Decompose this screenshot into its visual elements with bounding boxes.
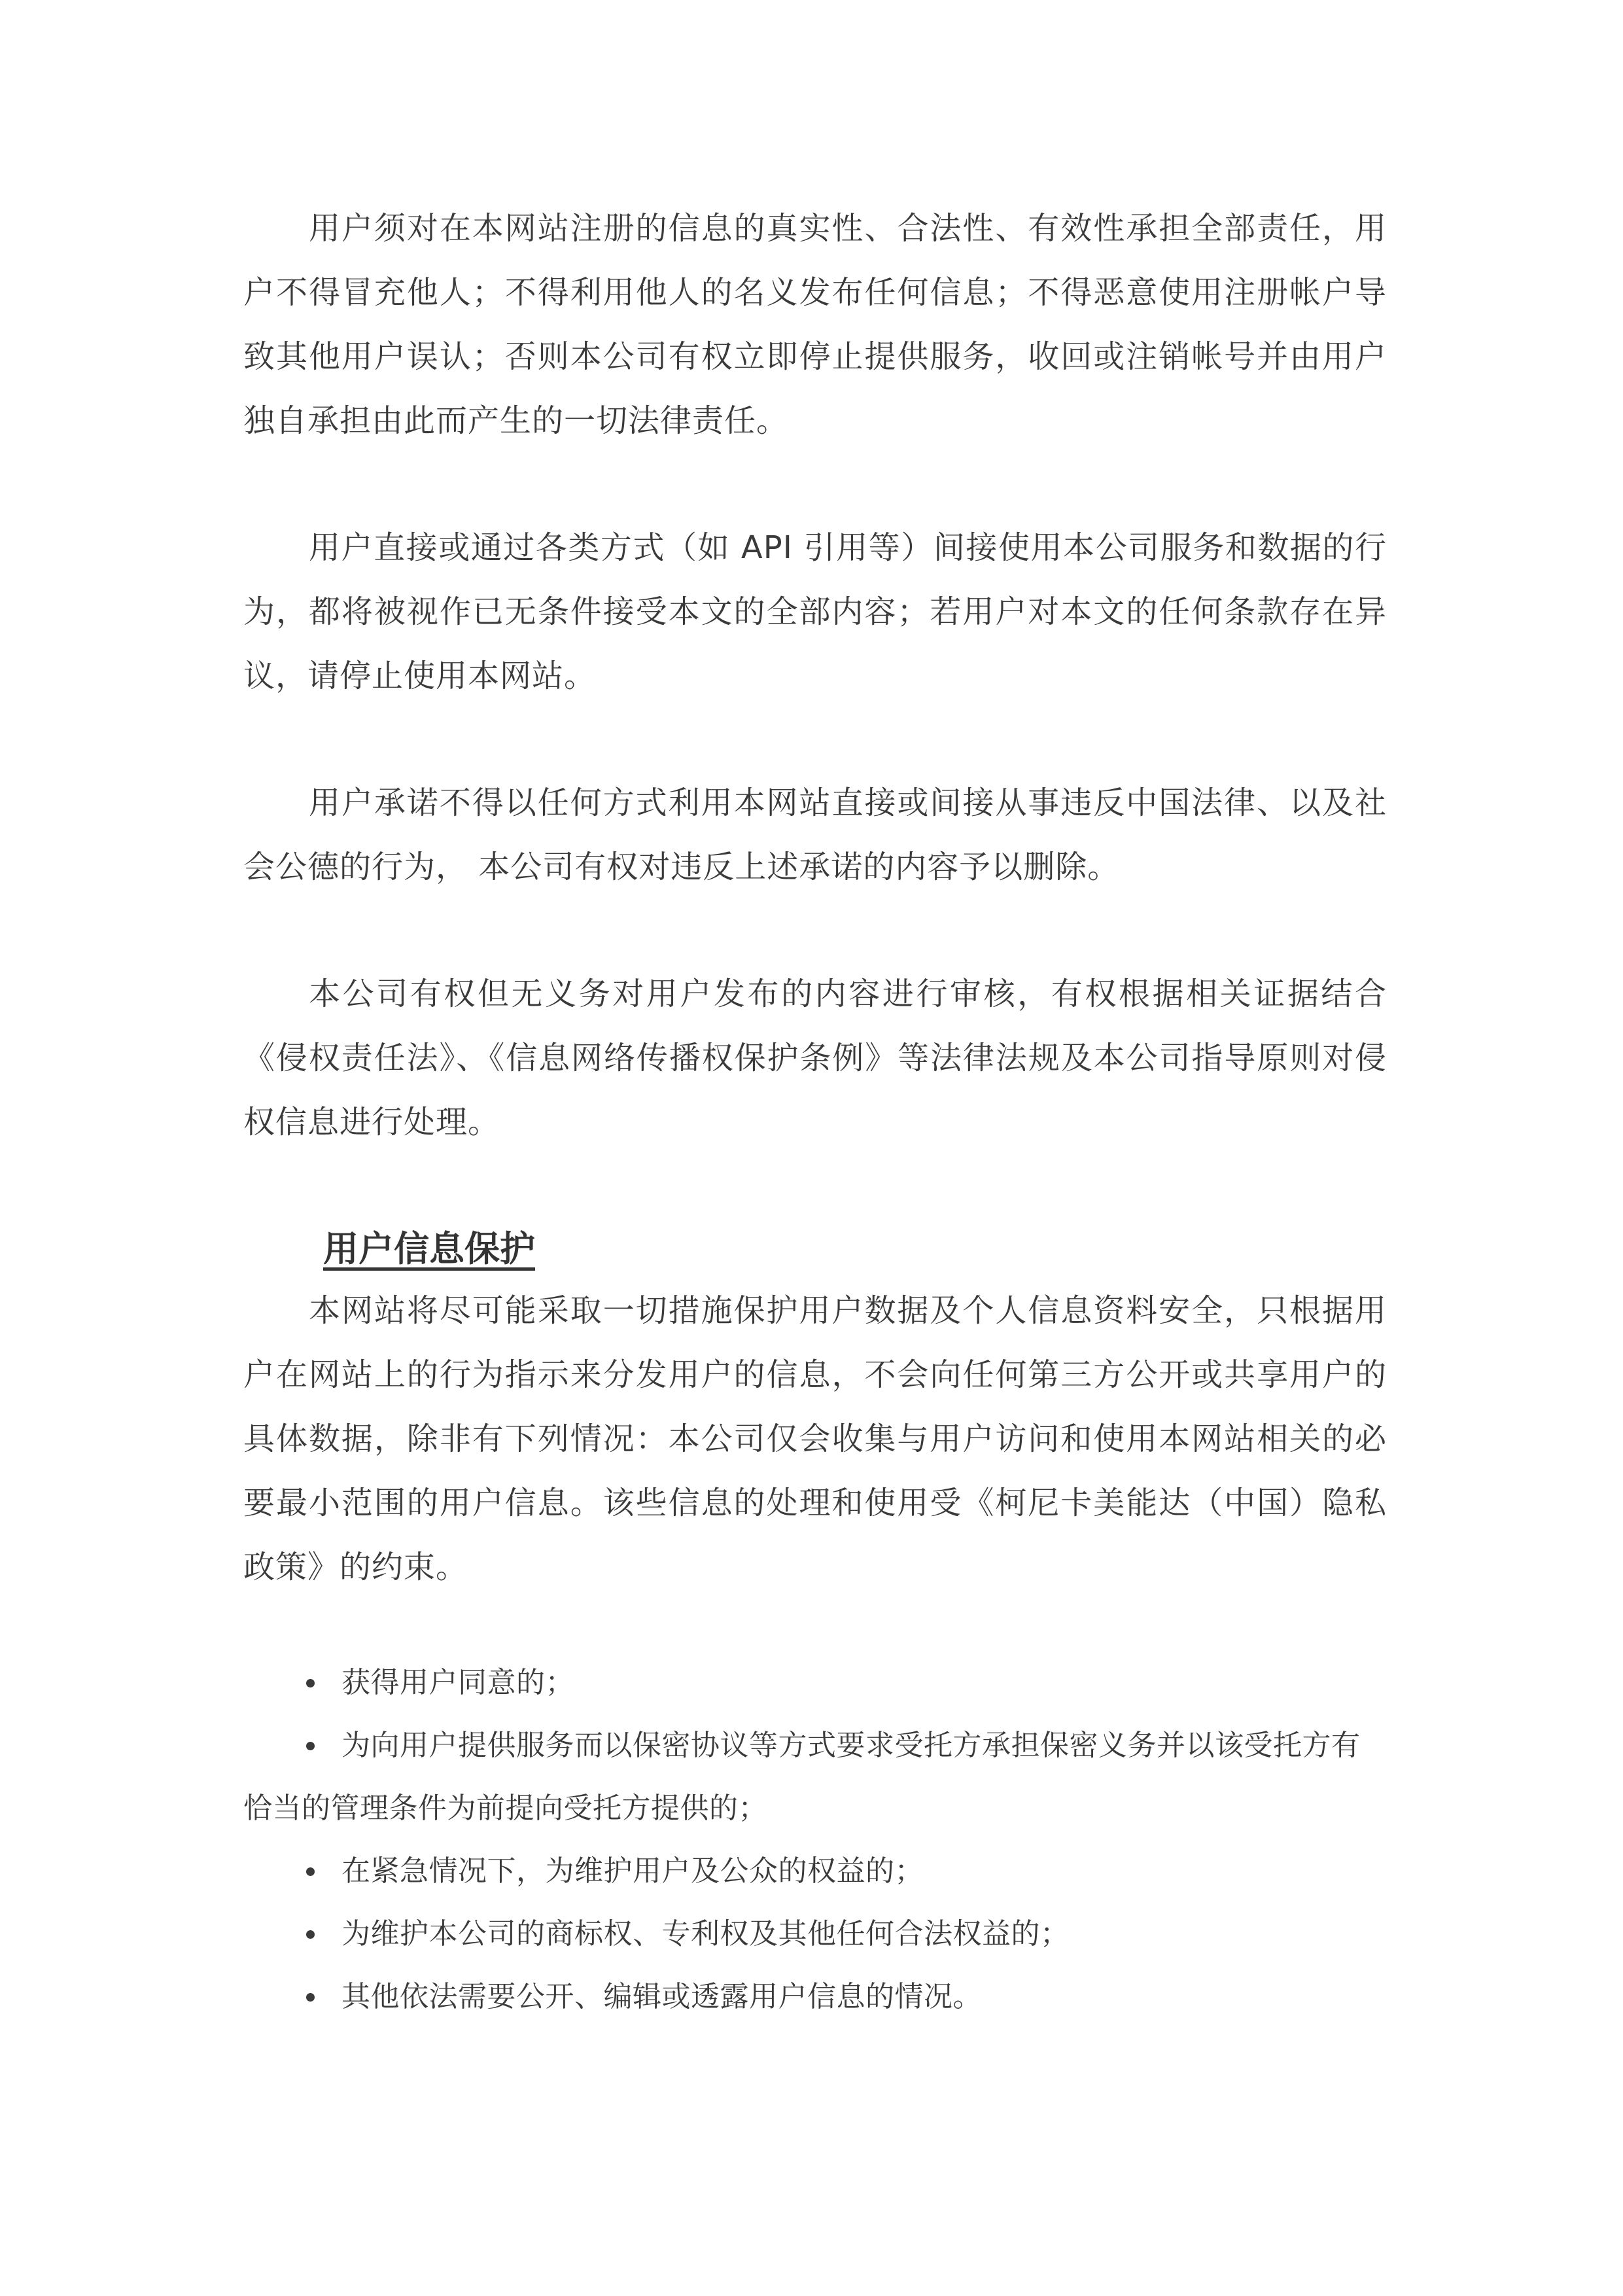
paragraph-content-review: 本公司有权但无义务对用户发布的内容进行审核，有权根据相关证据结合《侵权责任法》、… (243, 962, 1387, 1154)
list-item: 其他依法需要公开、编辑或透露用户信息的情况。 (243, 1966, 1387, 2028)
list-item-text: 为向用户提供服务而以保密协议等方式要求受托方承担保密义务并以该受托方有恰当的管理… (243, 1729, 1361, 1825)
bullet-icon (306, 1742, 315, 1750)
list-item: 为向用户提供服务而以保密协议等方式要求受托方承担保密义务并以该受托方有恰当的管理… (243, 1714, 1387, 1840)
bullet-icon (306, 1867, 315, 1876)
list-item-text: 在紧急情况下，为维护用户及公众的权益的； (341, 1854, 924, 1888)
exceptions-list: 获得用户同意的； 为向用户提供服务而以保密协议等方式要求受托方承担保密义务并以该… (243, 1651, 1387, 2028)
section-title: 用户信息保护 (243, 1220, 1387, 1279)
bullet-icon (306, 1930, 315, 1939)
section-user-info-protection: 用户信息保护 本网站将尽可能采取一切措施保护用户数据及个人信息资料安全，只根据用… (243, 1220, 1387, 2028)
list-item-text: 获得用户同意的； (341, 1666, 574, 1699)
paragraph-registration-responsibility: 用户须对在本网站注册的信息的真实性、合法性、有效性承担全部责任，用户不得冒充他人… (243, 196, 1387, 453)
document-page: 用户须对在本网站注册的信息的真实性、合法性、有效性承担全部责任，用户不得冒充他人… (243, 196, 1387, 2028)
paragraph-data-protection: 本网站将尽可能采取一切措施保护用户数据及个人信息资料安全，只根据用户在网站上的行… (243, 1279, 1387, 1599)
paragraph-api-usage: 用户直接或通过各类方式（如 API 引用等）间接使用本公司服务和数据的行为，都将… (243, 516, 1387, 708)
list-item-text: 其他依法需要公开、编辑或透露用户信息的情况。 (341, 1980, 982, 2013)
bullet-icon (306, 1679, 315, 1687)
list-item: 为维护本公司的商标权、专利权及其他任何合法权益的； (243, 1903, 1387, 1966)
list-item: 在紧急情况下，为维护用户及公众的权益的； (243, 1840, 1387, 1903)
list-item: 获得用户同意的； (243, 1651, 1387, 1714)
bullet-icon (306, 1993, 315, 2002)
paragraph-legal-commitment: 用户承诺不得以任何方式利用本网站直接或间接从事违反中国法律、以及社会公德的行为，… (243, 771, 1387, 899)
list-item-text: 为维护本公司的商标权、专利权及其他任何合法权益的； (341, 1917, 1070, 1951)
